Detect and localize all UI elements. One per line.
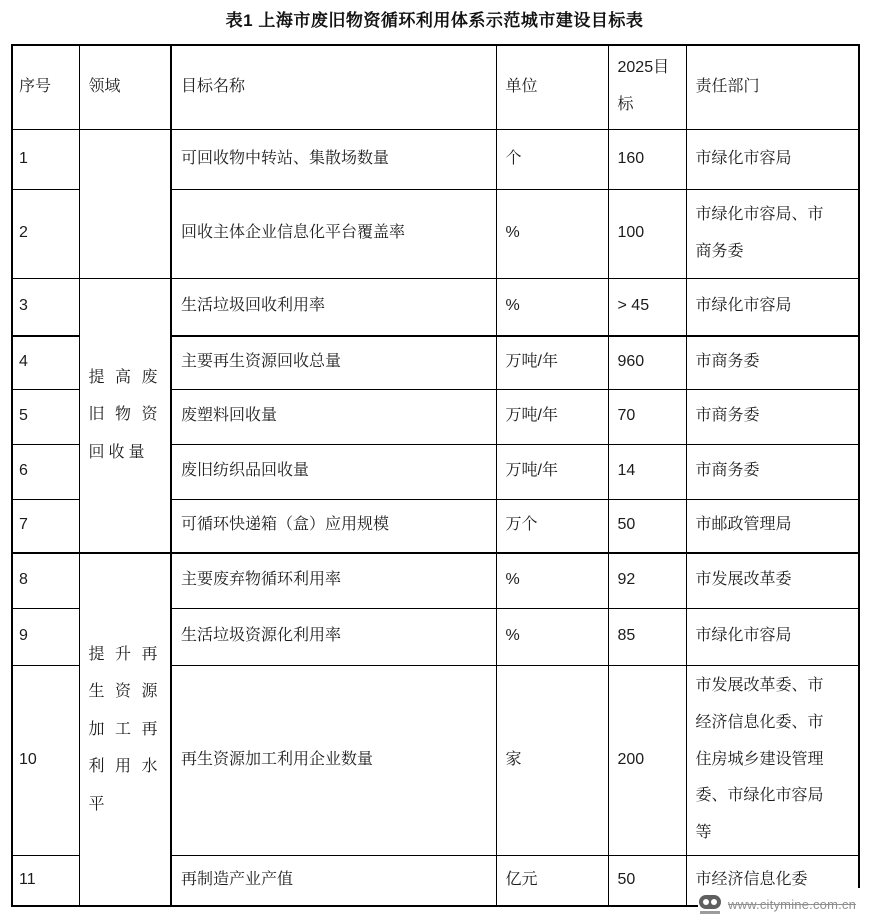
goal-cell: 92 xyxy=(608,553,686,608)
serial-cell: 10 xyxy=(12,665,79,855)
serial-cell: 5 xyxy=(12,389,79,444)
goal-cell: 100 xyxy=(608,189,686,278)
header-target: 目标名称 xyxy=(171,45,496,129)
dept-cell: 市绿化市容局 xyxy=(686,129,859,189)
watermark-url: www.citymine.com.cn xyxy=(728,897,856,912)
targets-table: 序号 领域 目标名称 单位 2025目标 责任部门 1 可回收物中转站、集散场数… xyxy=(11,44,860,907)
goal-cell: > 45 xyxy=(608,278,686,336)
dept-cell: 市绿化市容局、市商务委 xyxy=(686,189,859,278)
logo-caption-bar xyxy=(700,911,720,914)
serial-cell: 11 xyxy=(12,855,79,906)
goal-cell: 85 xyxy=(608,608,686,665)
unit-cell: 万个 xyxy=(496,499,608,553)
target-cell: 生活垃圾资源化利用率 xyxy=(171,608,496,665)
target-cell: 再生资源加工利用企业数量 xyxy=(171,665,496,855)
unit-cell: 万吨/年 xyxy=(496,389,608,444)
table-row: 8 提升再生资源加工再利用水平 主要废弃物循环利用率 % 92 市发展改革委 xyxy=(12,553,859,608)
serial-cell: 4 xyxy=(12,336,79,389)
target-cell: 废旧纺织品回收量 xyxy=(171,444,496,499)
goal-cell: 14 xyxy=(608,444,686,499)
goal-cell: 960 xyxy=(608,336,686,389)
table-row: 1 可回收物中转站、集散场数量 个 160 市绿化市容局 xyxy=(12,129,859,189)
serial-cell: 3 xyxy=(12,278,79,336)
dept-cell: 市邮政管理局 xyxy=(686,499,859,553)
dept-cell: 市发展改革委、市经济信息化委、市住房城乡建设管理委、市绿化市容局等 xyxy=(686,665,859,855)
target-cell: 废塑料回收量 xyxy=(171,389,496,444)
unit-cell: 万吨/年 xyxy=(496,336,608,389)
header-unit: 单位 xyxy=(496,45,608,129)
header-domain: 领域 xyxy=(79,45,171,129)
unit-cell: 家 xyxy=(496,665,608,855)
table-row: 3 提高废旧物资回收量 生活垃圾回收利用率 % > 45 市绿化市容局 xyxy=(12,278,859,336)
unit-cell: % xyxy=(496,278,608,336)
serial-cell: 7 xyxy=(12,499,79,553)
domain-label: 提升再生资源加工再利用水平 xyxy=(89,636,162,824)
dept-cell: 市商务委 xyxy=(686,336,859,389)
domain-label: 提高废旧物资回收量 xyxy=(89,359,162,472)
target-cell: 主要再生资源回收总量 xyxy=(171,336,496,389)
domain-cell-recycling: 提高废旧物资回收量 xyxy=(79,278,171,553)
goal-cell: 70 xyxy=(608,389,686,444)
domain-cell-empty xyxy=(79,129,171,278)
target-cell: 可循环快递箱（盒）应用规模 xyxy=(171,499,496,553)
target-cell: 回收主体企业信息化平台覆盖率 xyxy=(171,189,496,278)
unit-cell: % xyxy=(496,189,608,278)
citymine-logo-mark xyxy=(699,895,721,909)
header-row: 序号 领域 目标名称 单位 2025目标 责任部门 xyxy=(12,45,859,129)
serial-cell: 1 xyxy=(12,129,79,189)
goal-cell: 200 xyxy=(608,665,686,855)
goal-cell: 50 xyxy=(608,855,686,906)
header-serial: 序号 xyxy=(12,45,79,129)
goal-cell: 160 xyxy=(608,129,686,189)
logo-hole-right xyxy=(711,899,717,905)
dept-cell: 市商务委 xyxy=(686,389,859,444)
target-cell: 可回收物中转站、集散场数量 xyxy=(171,129,496,189)
unit-cell: 万吨/年 xyxy=(496,444,608,499)
unit-cell: 个 xyxy=(496,129,608,189)
serial-cell: 9 xyxy=(12,608,79,665)
target-cell: 主要废弃物循环利用率 xyxy=(171,553,496,608)
goal-cell: 50 xyxy=(608,499,686,553)
dept-cell: 市商务委 xyxy=(686,444,859,499)
unit-cell: % xyxy=(496,553,608,608)
unit-cell: 亿元 xyxy=(496,855,608,906)
target-cell: 生活垃圾回收利用率 xyxy=(171,278,496,336)
dept-cell: 市绿化市容局 xyxy=(686,608,859,665)
citymine-logo-icon xyxy=(698,895,722,914)
header-dept: 责任部门 xyxy=(686,45,859,129)
domain-cell-processing: 提升再生资源加工再利用水平 xyxy=(79,553,171,906)
dept-cell: 市发展改革委 xyxy=(686,553,859,608)
header-goal: 2025目标 xyxy=(608,45,686,129)
dept-cell: 市绿化市容局 xyxy=(686,278,859,336)
unit-cell: % xyxy=(496,608,608,665)
target-cell: 再制造产业产值 xyxy=(171,855,496,906)
serial-cell: 2 xyxy=(12,189,79,278)
watermark: www.citymine.com.cn xyxy=(698,888,869,921)
page-title: 表1 上海市废旧物资循环利用体系示范城市建设目标表 xyxy=(0,0,869,31)
serial-cell: 8 xyxy=(12,553,79,608)
serial-cell: 6 xyxy=(12,444,79,499)
logo-hole-left xyxy=(703,899,709,905)
